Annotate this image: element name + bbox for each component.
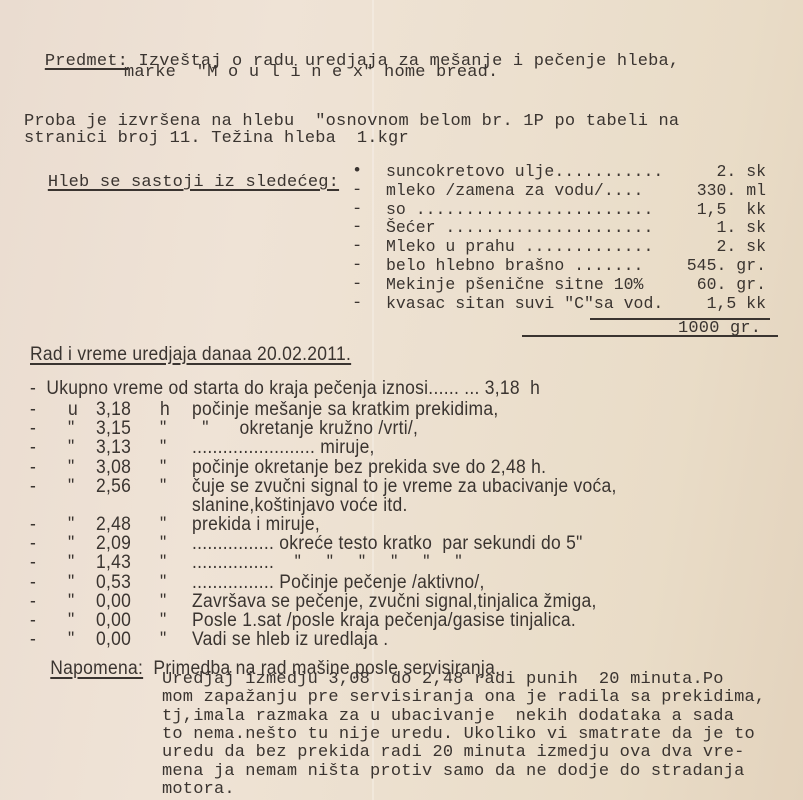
timeline-dash: - bbox=[30, 477, 36, 496]
timeline-unit: " bbox=[160, 611, 166, 630]
timeline-text: ................ Počinje pečenje /aktivn… bbox=[192, 573, 485, 592]
timeline-time: 3,15 bbox=[96, 419, 131, 438]
timeline-unit: " bbox=[160, 592, 166, 611]
timeline-text-continued: slanine,koštinjavo voće itd. bbox=[192, 496, 408, 515]
timeline-unit: " bbox=[160, 573, 166, 592]
timeline-dash: - bbox=[30, 458, 36, 477]
ingredient-bullet: • bbox=[352, 163, 362, 180]
ingredient-name: so ........................ bbox=[386, 200, 653, 219]
total-rule bbox=[522, 335, 778, 337]
ingredient-name: Mleko u prahu ............. bbox=[386, 237, 653, 256]
timeline-unit: " bbox=[160, 515, 166, 534]
note-label: Napomena: bbox=[50, 658, 143, 679]
timeline-dash: - bbox=[30, 419, 36, 438]
ingredient-bullet: - bbox=[352, 295, 362, 312]
operation-heading: Rad i vreme uredjaja danaa 20.02.2011. bbox=[30, 346, 351, 363]
ingredient-row: Mekinje pšenične sitne 10%60. gr. bbox=[386, 276, 786, 293]
timeline-prefix: " bbox=[68, 611, 74, 630]
ingredients-heading: Hleb se sastoji iz sledećeg: bbox=[27, 157, 339, 191]
subject-label: Predmet: bbox=[45, 52, 128, 71]
timeline-time: 2,48 bbox=[96, 515, 131, 534]
ingredient-bullet: - bbox=[352, 257, 362, 274]
timeline-unit: " bbox=[160, 477, 166, 496]
ingredient-qty: 60. gr. bbox=[697, 276, 766, 293]
ingredient-qty: 1,5 kk bbox=[707, 295, 766, 312]
timeline-time: 0,53 bbox=[96, 573, 131, 592]
ingredient-qty: 2. sk bbox=[707, 238, 766, 255]
ingredient-bullet: - bbox=[352, 182, 362, 199]
note-line: to nema.nešto tu nije uredu. Ukoliko vi … bbox=[162, 726, 755, 743]
timeline-prefix: " bbox=[68, 515, 74, 534]
timeline-dash: - bbox=[30, 630, 36, 649]
timeline-time: 0,00 bbox=[96, 592, 131, 611]
note-line: uredu da bez prekida radi 20 minuta izme… bbox=[162, 744, 745, 761]
ingredient-qty: 330. ml bbox=[697, 182, 766, 199]
timeline-prefix: " bbox=[68, 458, 74, 477]
timeline-time: 3,18 bbox=[96, 400, 131, 419]
ingredient-bullet: - bbox=[352, 219, 362, 236]
timeline-dash: - bbox=[30, 611, 36, 630]
timeline-prefix: " bbox=[68, 438, 74, 457]
timeline-text: čuje se zvučni signal to je vreme za uba… bbox=[192, 477, 617, 496]
timeline-text: Završava se pečenje, zvučni signal,tinja… bbox=[192, 592, 597, 611]
note-line: tj,imala razmaka za u ubacivanje nekih d… bbox=[162, 708, 734, 725]
ingredient-row: suncokretovo ulje...........2. sk bbox=[386, 163, 786, 180]
ingredient-bullet: - bbox=[352, 201, 362, 218]
timeline-unit: h bbox=[160, 400, 170, 419]
ingredient-name: Mekinje pšenične sitne 10% bbox=[386, 275, 643, 294]
timeline-text: ................ okreće testo kratko par… bbox=[192, 534, 583, 553]
timeline-text: počinje mešanje sa kratkim prekidima, bbox=[192, 400, 499, 419]
timeline-dash: - bbox=[30, 438, 36, 457]
note-line: mena ja nemam ništa protiv samo da ne do… bbox=[162, 763, 745, 780]
ingredient-name: belo hlebno brašno ....... bbox=[386, 256, 643, 275]
timeline-dash: - bbox=[30, 534, 36, 553]
timeline-dash: - bbox=[30, 573, 36, 592]
timeline-prefix: " bbox=[68, 573, 74, 592]
ingredient-row: Mleko u prahu ............. 2. sk bbox=[386, 238, 786, 255]
ingredient-row: mleko /zamena za vodu/....330. ml bbox=[386, 182, 786, 199]
ingredient-row: so ........................1,5 kk bbox=[386, 201, 786, 218]
note-line: mom zapažanju pre servisiranja ona je ra… bbox=[162, 689, 765, 706]
timeline-prefix: " bbox=[68, 592, 74, 611]
timeline-text: ........................ miruje, bbox=[192, 438, 375, 457]
note-line: Uredjaj izmedju 3,08 do 2,48 radi punih … bbox=[162, 671, 724, 688]
timeline-time: 0,00 bbox=[96, 611, 131, 630]
timeline-unit: " bbox=[160, 553, 166, 572]
timeline-prefix: " bbox=[68, 477, 74, 496]
ingredient-name: kvasac sitan suvi "C"sa vod. bbox=[386, 294, 663, 313]
timeline-time: 3,08 bbox=[96, 458, 131, 477]
total-time-line: - Ukupno vreme od starta do kraja pečenj… bbox=[30, 380, 540, 397]
timeline-prefix: " bbox=[68, 553, 74, 572]
timeline-time: 1,43 bbox=[96, 553, 131, 572]
ingredient-bullet: - bbox=[352, 276, 362, 293]
ingredient-name: suncokretovo ulje........... bbox=[386, 162, 663, 181]
timeline-unit: " bbox=[160, 534, 166, 553]
timeline-time: 2,09 bbox=[96, 534, 131, 553]
ingredient-qty: 1,5 kk bbox=[697, 201, 766, 218]
timeline-dash: - bbox=[30, 515, 36, 534]
timeline-prefix: " bbox=[68, 419, 74, 438]
ingredient-name: Šećer ..................... bbox=[386, 218, 653, 237]
ingredient-row: Šećer ..................... 1. sk bbox=[386, 219, 786, 236]
ingredient-qty: 545. gr. bbox=[687, 257, 766, 274]
timeline-text: ................ " " " " " " bbox=[192, 553, 462, 572]
note-line: motora. bbox=[162, 781, 235, 798]
timeline-text: " okretanje kružno /vrti/, bbox=[192, 419, 418, 438]
ingredient-qty: 1. sk bbox=[707, 219, 766, 236]
timeline-dash: - bbox=[30, 592, 36, 611]
intro-line-1: Proba je izvršena na hlebu "osnovnom bel… bbox=[24, 113, 679, 130]
timeline-unit: " bbox=[160, 458, 166, 477]
timeline-text: prekida i miruje, bbox=[192, 515, 320, 534]
ingredient-row: belo hlebno brašno .......545. gr. bbox=[386, 257, 786, 274]
timeline-unit: " bbox=[160, 438, 166, 457]
timeline-time: 3,13 bbox=[96, 438, 131, 457]
timeline-text: počinje okretanje bez prekida sve do 2,4… bbox=[192, 458, 546, 477]
timeline-prefix: " bbox=[68, 534, 74, 553]
intro-line-2: stranici broj 11. Težina hleba 1.kgr bbox=[24, 130, 409, 147]
ingredient-name: mleko /zamena za vodu/.... bbox=[386, 181, 643, 200]
timeline-dash: - bbox=[30, 400, 36, 419]
ingredient-qty: 2. sk bbox=[716, 163, 766, 180]
timeline-time: 2,56 bbox=[96, 477, 131, 496]
timeline-unit: " bbox=[160, 419, 166, 438]
timeline-text: Posle 1.sat /posle kraja pečenja/gasise … bbox=[192, 611, 576, 630]
subject-brand: marke "M o u l i n e x" home bread. bbox=[124, 64, 498, 81]
ingredients-heading-text: Hleb se sastoji iz sledećeg: bbox=[48, 173, 339, 192]
timeline-dash: - bbox=[30, 553, 36, 572]
timeline-prefix: u bbox=[68, 400, 78, 419]
ingredient-row: kvasac sitan suvi "C"sa vod.1,5 kk bbox=[386, 295, 786, 312]
ingredient-bullet: - bbox=[352, 238, 362, 255]
